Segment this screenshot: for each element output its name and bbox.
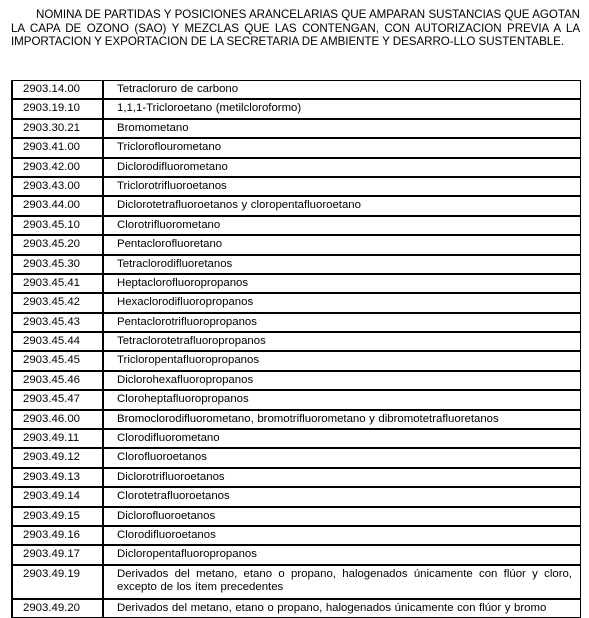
table-row: 2903.14.00Tetracloruro de carbono (12, 81, 581, 100)
substance-description-cell: Tetraclorodifluoretanos (103, 255, 581, 274)
substance-description-cell: Diclorohexafluoropropanos (103, 371, 581, 390)
tariff-code-cell: 2903.43.00 (12, 177, 103, 196)
table-row: 2903.45.20Pentaclorofluoretano (12, 235, 581, 254)
table-row: 2903.49.14Clorotetrafluoroetanos (12, 487, 581, 506)
table-row: 2903.45.42Hexaclorodifluoropropanos (12, 293, 581, 312)
table-row: 2903.49.12Clorofluoroetanos (12, 448, 581, 467)
substance-description-cell: Clorodifluoroetanos (103, 526, 581, 545)
substance-description-cell: Hexaclorodifluoropropanos (103, 293, 581, 312)
substance-description-cell: Bromoclorodifluorometano, bromotrifluoro… (103, 410, 581, 429)
tariff-code-cell: 2903.30.21 (12, 119, 103, 138)
table-row: 2903.49.20Derivados del metano, etano o … (12, 599, 581, 618)
substance-description-cell: Clorofluoroetanos (103, 448, 581, 467)
substance-description-cell: Diclorofluoroetanos (103, 507, 581, 526)
table-row: 2903.45.44Tetraclorotetrafluoropropanos (12, 332, 581, 351)
substance-description-cell: Clorodifluorometano (103, 429, 581, 448)
intro-heading: NOMINA DE PARTIDAS Y POSICIONES ARANCELA… (11, 8, 580, 49)
table-row: 2903.45.43Pentaclorotrifluoropropanos (12, 313, 581, 332)
substance-description-cell: Tricloropentafluoropropanos (103, 351, 581, 370)
substance-description-cell: Clorotrifluorometano (103, 216, 581, 235)
substance-description-cell: 1,1,1-Tricloroetano (metilcloroformo) (103, 99, 581, 118)
tariff-code-cell: 2903.45.43 (12, 313, 103, 332)
table-row: 2903.49.19Derivados del metano, etano o … (12, 565, 581, 599)
table-row: 2903.49.13Diclorotrifluoroetanos (12, 468, 581, 487)
tariff-code-cell: 2903.14.00 (12, 81, 103, 100)
table-row: 2903.49.16Clorodifluoroetanos (12, 526, 581, 545)
substance-description-cell: Clorotetrafluoroetanos (103, 487, 581, 506)
tariff-table-body: 2903.14.00Tetracloruro de carbono2903.19… (12, 81, 581, 618)
substance-description-cell: Diclorotetrafluoroetanos y cloropentaflu… (103, 196, 581, 215)
tariff-code-cell: 2903.42.00 (12, 158, 103, 177)
tariff-code-cell: 2903.49.16 (12, 526, 103, 545)
table-row: 2903.45.30Tetraclorodifluoretanos (12, 255, 581, 274)
tariff-code-cell: 2903.45.47 (12, 390, 103, 409)
table-row: 2903.49.17Dicloropentafluoropropanos (12, 545, 581, 564)
substance-description-cell: Pentaclorofluoretano (103, 235, 581, 254)
tariff-code-cell: 2903.49.20 (12, 599, 103, 618)
substance-description-cell: Derivados del metano, etano o propano, h… (103, 599, 581, 618)
tariff-code-cell: 2903.45.45 (12, 351, 103, 370)
table-row: 2903.49.15Diclorofluoroetanos (12, 507, 581, 526)
tariff-code-cell: 2903.49.11 (12, 429, 103, 448)
tariff-code-cell: 2903.45.30 (12, 255, 103, 274)
tariff-table: 2903.14.00Tetracloruro de carbono2903.19… (11, 80, 581, 618)
substance-description-cell: Dicloropentafluoropropanos (103, 545, 581, 564)
substance-description-cell: Bromometano (103, 119, 581, 138)
tariff-code-cell: 2903.46.00 (12, 410, 103, 429)
tariff-code-cell: 2903.41.00 (12, 138, 103, 157)
tariff-code-cell: 2903.49.15 (12, 507, 103, 526)
substance-description-cell: Tricloroflourometano (103, 138, 581, 157)
intro-text: NOMINA DE PARTIDAS Y POSICIONES ARANCELA… (11, 8, 580, 48)
table-row: 2903.45.45Tricloropentafluoropropanos (12, 351, 581, 370)
tariff-code-cell: 2903.45.20 (12, 235, 103, 254)
table-row: 2903.43.00Triclorotrifluoroetanos (12, 177, 581, 196)
tariff-code-cell: 2903.49.13 (12, 468, 103, 487)
table-row: 2903.45.46Diclorohexafluoropropanos (12, 371, 581, 390)
tariff-code-cell: 2903.44.00 (12, 196, 103, 215)
substance-description-cell: Tetracloruro de carbono (103, 81, 581, 100)
tariff-code-cell: 2903.49.17 (12, 545, 103, 564)
substance-description-cell: Triclorotrifluoroetanos (103, 177, 581, 196)
substance-description-cell: Pentaclorotrifluoropropanos (103, 313, 581, 332)
substance-description-cell: Cloroheptafluoropropanos (103, 390, 581, 409)
tariff-code-cell: 2903.45.44 (12, 332, 103, 351)
table-row: 2903.49.11Clorodifluorometano (12, 429, 581, 448)
tariff-code-cell: 2903.49.12 (12, 448, 103, 467)
tariff-code-cell: 2903.45.42 (12, 293, 103, 312)
table-row: 2903.19.101,1,1-Tricloroetano (metilclor… (12, 99, 581, 118)
table-row: 2903.46.00Bromoclorodifluorometano, brom… (12, 410, 581, 429)
tariff-code-cell: 2903.49.19 (12, 565, 103, 599)
tariff-code-cell: 2903.19.10 (12, 99, 103, 118)
tariff-code-cell: 2903.49.14 (12, 487, 103, 506)
tariff-code-cell: 2903.45.10 (12, 216, 103, 235)
table-row: 2903.45.41Heptaclorofluoropropanos (12, 274, 581, 293)
substance-description-cell: Diclorotrifluoroetanos (103, 468, 581, 487)
table-row: 2903.45.10Clorotrifluorometano (12, 216, 581, 235)
table-row: 2903.41.00Tricloroflourometano (12, 138, 581, 157)
substance-description-cell: Diclorodifluorometano (103, 158, 581, 177)
tariff-code-cell: 2903.45.46 (12, 371, 103, 390)
substance-description-cell: Heptaclorofluoropropanos (103, 274, 581, 293)
table-row: 2903.45.47Cloroheptafluoropropanos (12, 390, 581, 409)
table-row: 2903.42.00Diclorodifluorometano (12, 158, 581, 177)
table-row: 2903.30.21Bromometano (12, 119, 581, 138)
table-row: 2903.44.00Diclorotetrafluoroetanos y clo… (12, 196, 581, 215)
tariff-code-cell: 2903.45.41 (12, 274, 103, 293)
substance-description-cell: Tetraclorotetrafluoropropanos (103, 332, 581, 351)
substance-description-cell: Derivados del metano, etano o propano, h… (103, 565, 581, 599)
